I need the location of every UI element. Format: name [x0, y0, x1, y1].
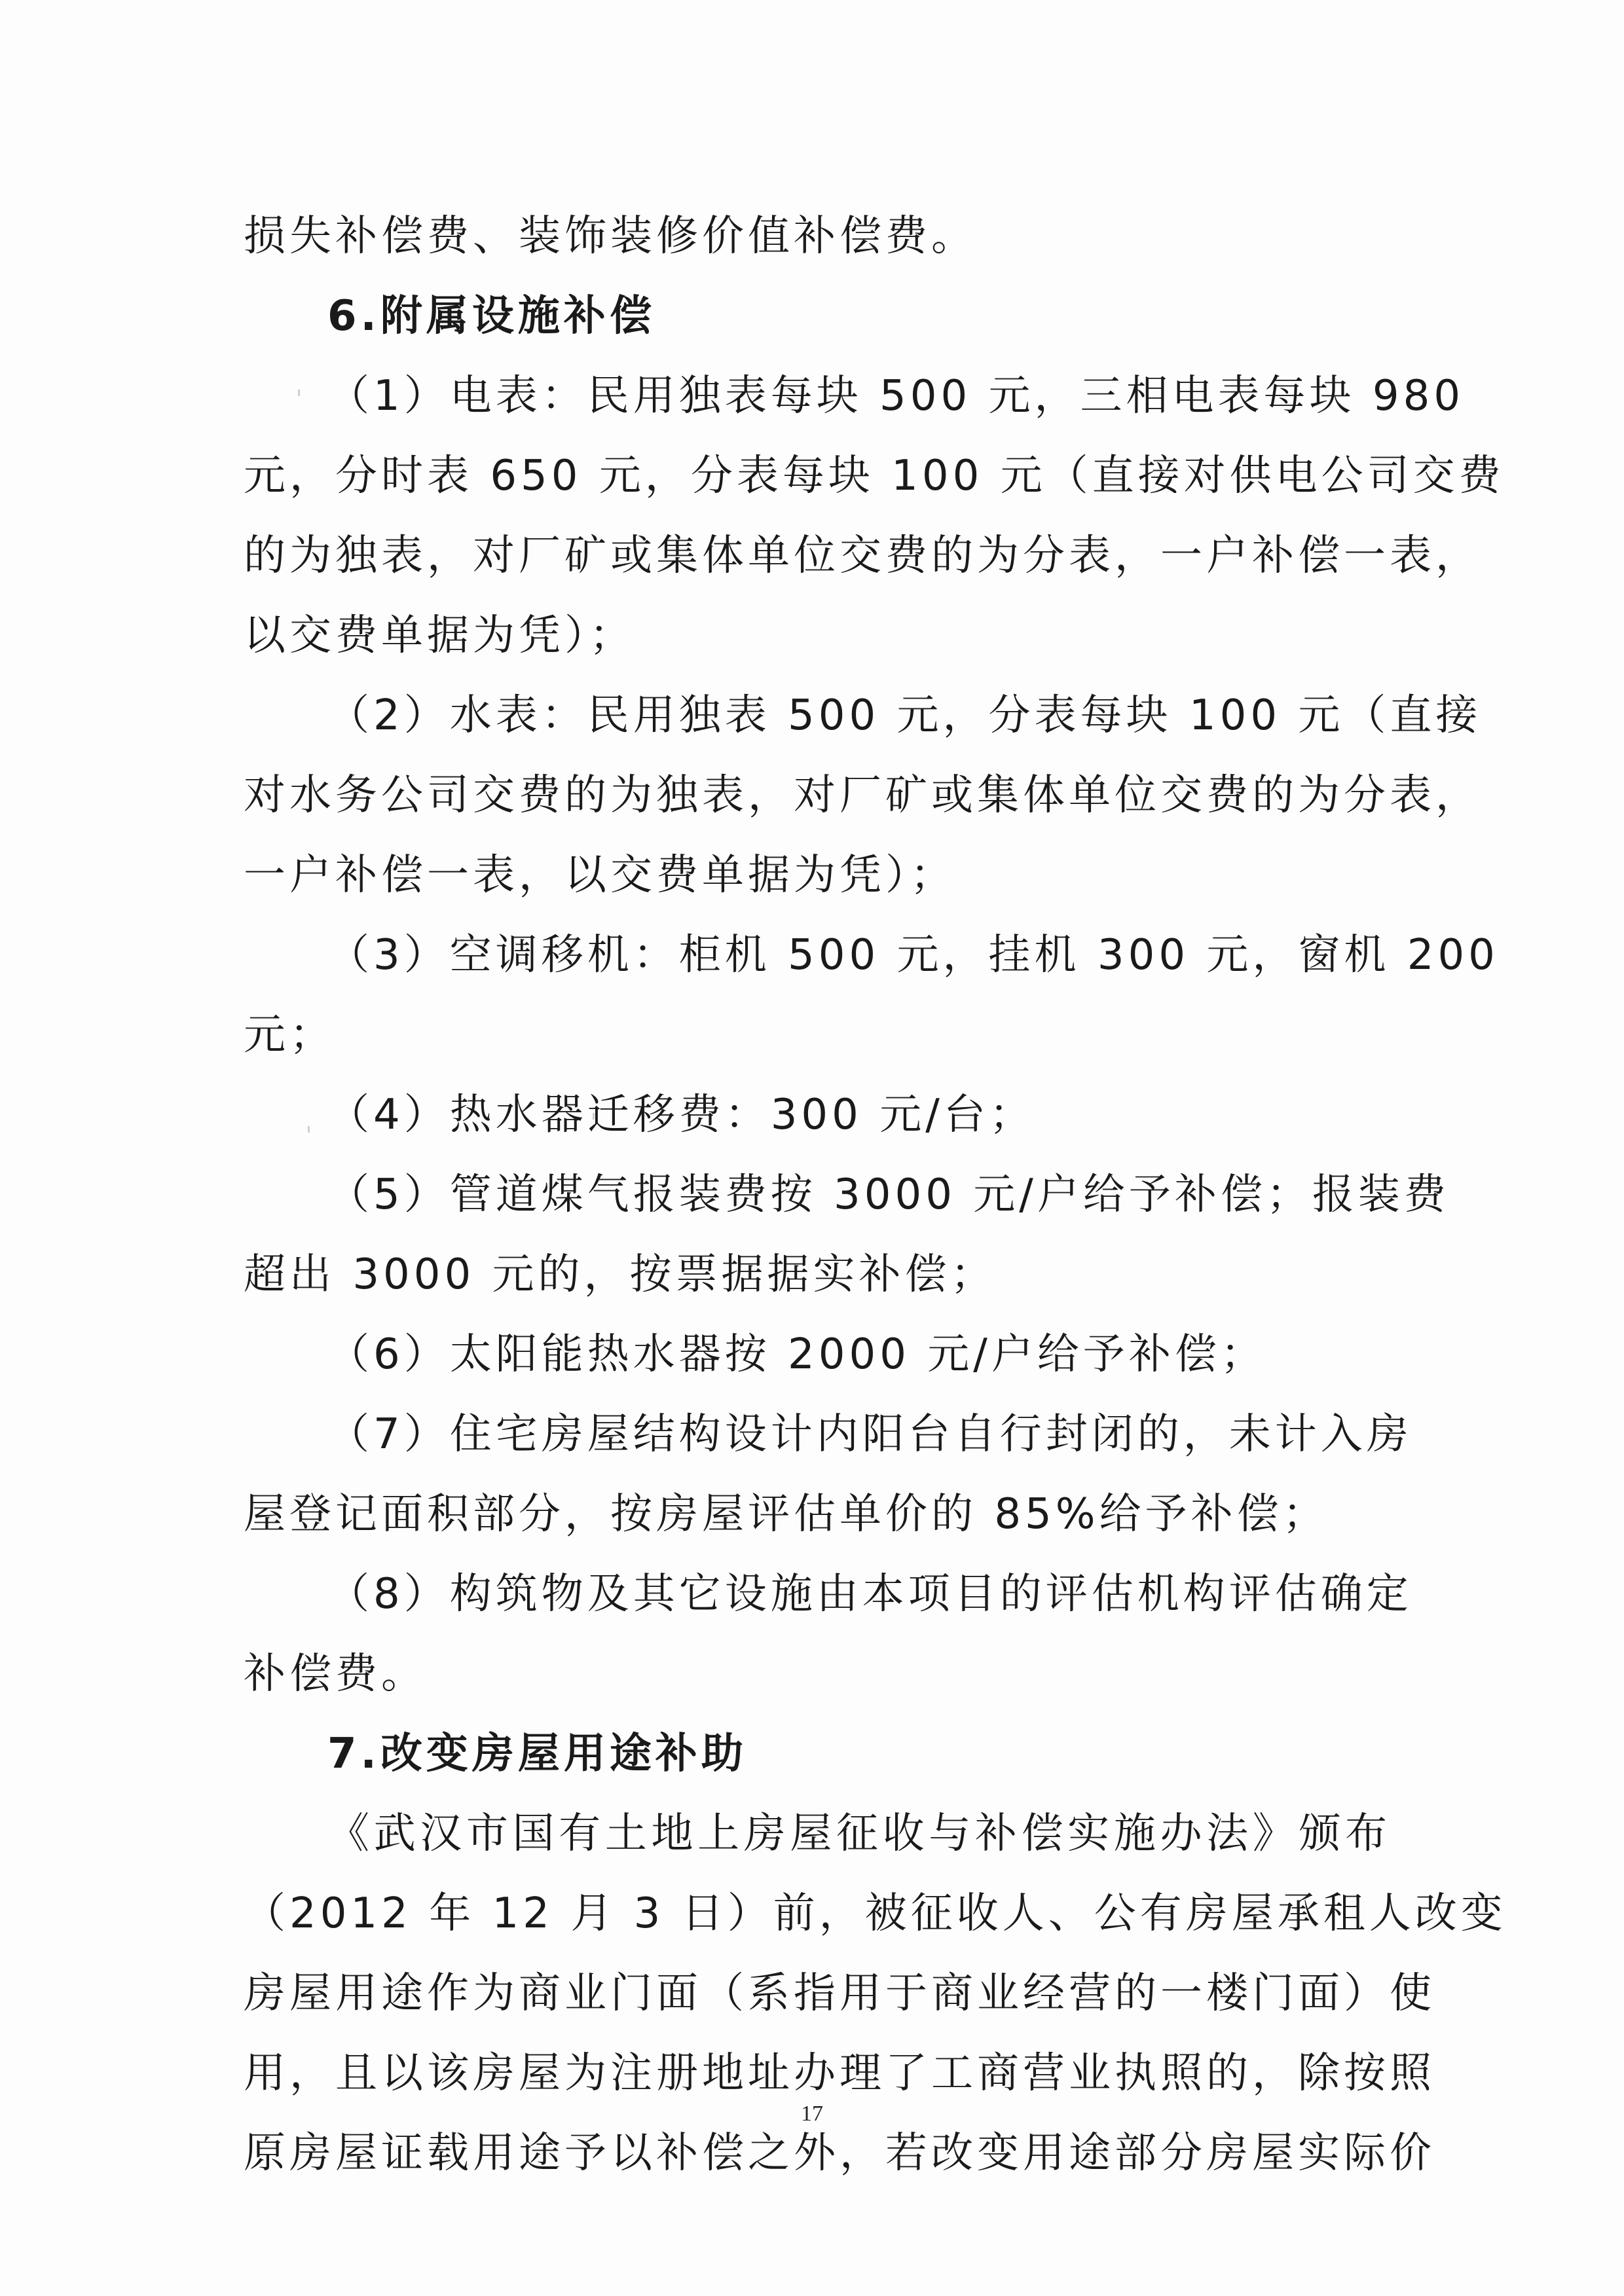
- paragraph-line: 一户补偿一表，以交费单据为凭）；: [244, 835, 1391, 915]
- scan-artifact: [308, 1126, 310, 1133]
- document-page: 损失补偿费、装饰装修价值补偿费。 6.附属设施补偿 （1）电表：民用独表每块 5…: [0, 0, 1624, 2296]
- paragraph-line: （3）空调移机：柜机 500 元，挂机 300 元，窗机 200: [244, 915, 1391, 995]
- page-number: 17: [0, 2102, 1624, 2126]
- scan-artifact: [593, 1113, 595, 1120]
- paragraph-line: 以交费单据为凭）；: [244, 596, 1391, 676]
- paragraph-line: 元，分时表 650 元，分表每块 100 元（直接对供电公司交费: [244, 436, 1391, 516]
- paragraph-line: 房屋用途作为商业门面（系指用于商业经营的一楼门面）使: [244, 1954, 1391, 2033]
- document-body: 损失补偿费、装饰装修价值补偿费。 6.附属设施补偿 （1）电表：民用独表每块 5…: [244, 196, 1391, 2193]
- paragraph-line: （1）电表：民用独表每块 500 元，三相电表每块 980: [244, 356, 1391, 436]
- paragraph-line: 屋登记面积部分，按房屋评估单价的 85%给予补偿；: [244, 1474, 1391, 1554]
- paragraph-line: 补偿费。: [244, 1634, 1391, 1714]
- paragraph-line: 《武汉市国有土地上房屋征收与补偿实施办法》颁布: [244, 1794, 1391, 1874]
- paragraph-line: （4）热水器迁移费：300 元/台；: [244, 1075, 1391, 1155]
- paragraph-line: 的为独表，对厂矿或集体单位交费的为分表，一户补偿一表，: [244, 516, 1391, 596]
- paragraph-line: （7）住宅房屋结构设计内阳台自行封闭的，未计入房: [244, 1394, 1391, 1474]
- paragraph-line: （8）构筑物及其它设施由本项目的评估机构评估确定: [244, 1554, 1391, 1634]
- paragraph-line: 对水务公司交费的为独表，对厂矿或集体单位交费的为分表，: [244, 756, 1391, 835]
- scan-artifact: [298, 390, 300, 396]
- paragraph-line: 损失补偿费、装饰装修价值补偿费。: [244, 196, 1391, 276]
- section-heading-7: 7.改变房屋用途补助: [244, 1714, 1391, 1794]
- paragraph-line: 超出 3000 元的，按票据据实补偿；: [244, 1235, 1391, 1315]
- paragraph-line: （2012 年 12 月 3 日）前，被征收人、公有房屋承租人改变: [244, 1874, 1391, 1954]
- paragraph-line: （2）水表：民用独表 500 元，分表每块 100 元（直接: [244, 676, 1391, 756]
- paragraph-line: 元；: [244, 995, 1391, 1075]
- paragraph-line: （5）管道煤气报装费按 3000 元/户给予补偿；报装费: [244, 1155, 1391, 1235]
- section-heading-6: 6.附属设施补偿: [244, 276, 1391, 356]
- paragraph-line: （6）太阳能热水器按 2000 元/户给予补偿；: [244, 1315, 1391, 1394]
